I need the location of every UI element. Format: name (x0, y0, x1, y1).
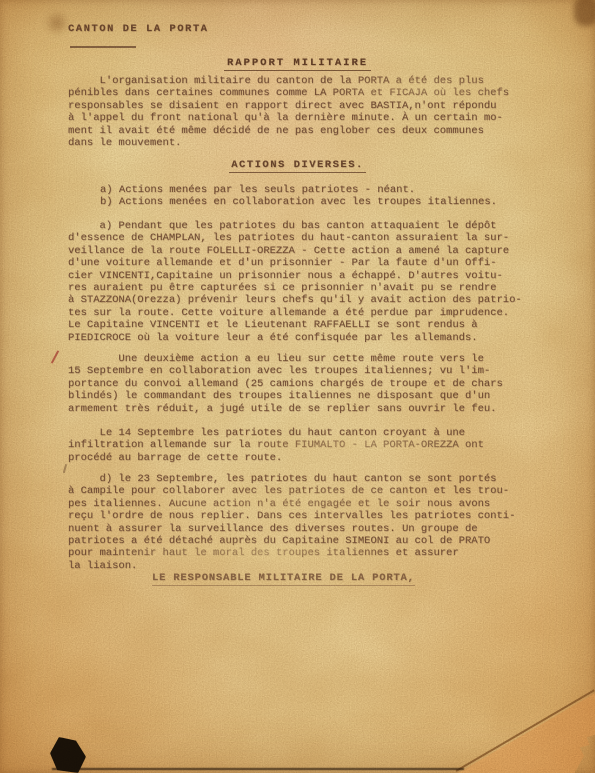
paragraph-second-action: Une deuxième action a eu lieu sur cette … (68, 353, 558, 415)
paper-bottom-edge (52, 768, 464, 770)
section-heading: ACTIONS DIVERSES. (229, 159, 366, 173)
ink-blot (50, 737, 86, 773)
title-row: RAPPORT MILITAIRE (0, 52, 595, 71)
section-heading-row: ACTIONS DIVERSES. (0, 154, 595, 173)
folded-corner (458, 688, 595, 773)
list-item-b: b) Actions menées en collaboration avec … (100, 196, 590, 208)
list-item-a: a) Actions menées par les seuls patriote… (100, 184, 590, 196)
stain-top-right (574, 0, 595, 26)
header-underline (70, 46, 136, 48)
paragraph-sept14: Le 14 Septembre les patriotes du haut ca… (68, 427, 558, 464)
stain-top-left (44, 10, 70, 36)
fold-crease-line (456, 689, 595, 771)
document-title: RAPPORT MILITAIRE (224, 57, 371, 71)
red-pencil-mark (51, 350, 60, 363)
pencil-tick-mark (63, 464, 67, 473)
document-header: CANTON DE LA PORTA (68, 23, 558, 35)
signature-line: LE RESPONSABLE MILITAIRE DE LA PORTA, (152, 572, 415, 586)
intro-paragraph: L'organisation militaire du canton de la… (68, 75, 558, 149)
document-page: CANTON DE LA PORTA RAPPORT MILITAIRE L'o… (0, 0, 595, 773)
paragraph-action-d: d) le 23 Septembre, les patriotes du hau… (68, 473, 558, 572)
paragraph-action-a: a) Pendant que les patriotes du bas cant… (68, 220, 558, 344)
